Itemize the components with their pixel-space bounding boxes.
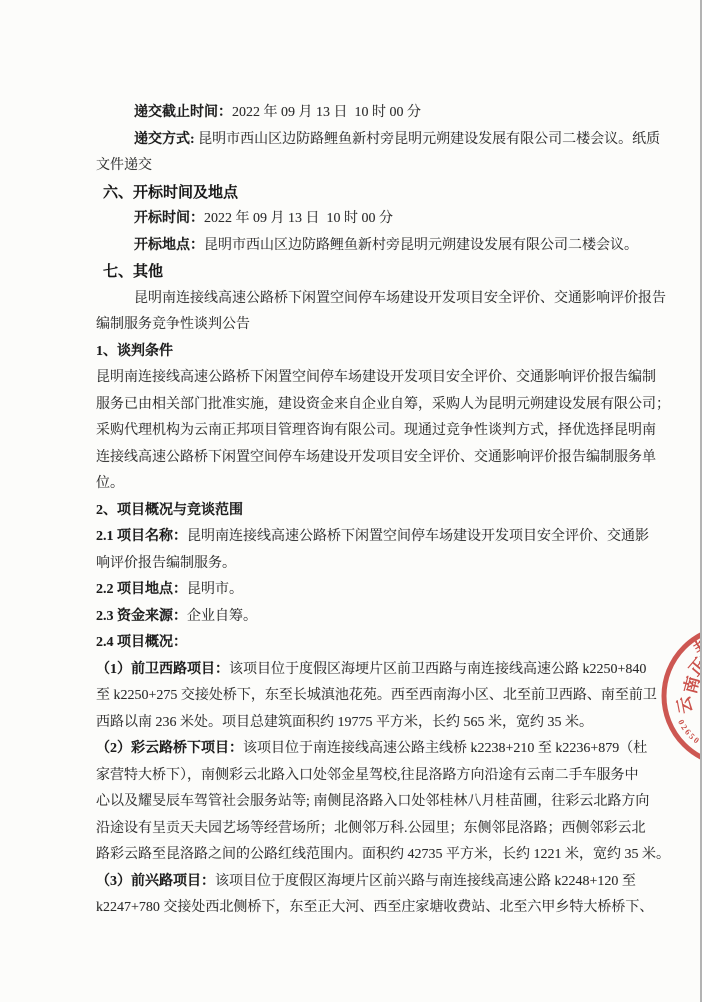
line-text: 企业自筹。 [187,609,257,624]
line-text: 该项目位于度假区海埂片区前卫西路与南连接线高速公路 k2250+840 [229,662,646,677]
line-text: 连接线高速公路桥下闲置空间停车场建设开发项目安全评价、交通影响评价报告编制服务单 [96,450,656,465]
line-text: 2022 年 09 月 13 日 10 时 00 分 [204,211,393,226]
line-text: 响评价报告编制服务。 [96,556,236,571]
line-label: 2.1 项目名称： [96,529,187,544]
text-line: k2247+780 交接处西北侧桥下，东至正大河、西至庄家塘收费站、北至六甲乡特… [96,895,641,922]
line-text: 心以及耀旻辰车驾管社会服务站等; 南侧昆洛路入口处邻桂林八月桂苗圃，往彩云北路方… [96,794,649,809]
text-line: 连接线高速公路桥下闲置空间停车场建设开发项目安全评价、交通影响评价报告编制服务单 [96,445,641,472]
line-text: 家营特大桥下），南侧彩云北路入口处邻金星驾校,往昆洛路方向沿途有云南二手车服务中 [96,768,639,783]
line-text: 昆明南连接线高速公路桥下闲置空间停车场建设开发项目安全评价、交通影响评价报告编制 [96,370,656,385]
text-line: （3）前兴路项目：该项目位于度假区海埂片区前兴路与南连接线高速公路 k2248+… [96,869,641,896]
text-line: 开标时间：2022 年 09 月 13 日 10 时 00 分 [96,206,641,233]
text-line: 西路以南 236 米处。项目总建筑面积约 19775 平方米，长约 565 米，… [96,710,641,737]
text-line: 开标地点：昆明市西山区边防路鲤鱼新村旁昆明元朔建设发展有限公司二楼会议。 [96,233,641,260]
line-text: 昆明市西山区边防路鲤鱼新村旁昆明元朔建设发展有限公司二楼会议。 [204,238,638,253]
line-text: 至 k2250+275 交接处桥下，东至长城滇池花苑。西至西南海小区、北至前卫西… [96,688,657,703]
text-line: 2.3 资金来源：企业自筹。 [96,604,641,631]
line-text: 路彩云路至昆洛路之间的公路红线范围内。面积约 42735 平方米，长约 1221… [96,847,670,862]
text-line: 昆明南连接线高速公路桥下闲置空间停车场建设开发项目安全评价、交通影响评价报告 [96,286,641,313]
line-text: 该项目位于南连接线高速公路主线桥 k2238+210 至 k2236+879（杜 [243,741,647,756]
line-text: 服务已由相关部门批准实施，建设资金来自企业自筹，采购人为昆明元朔建设发展有限公司… [96,397,670,412]
svg-text:02650: 02650 [676,718,701,747]
line-text: 昆明市。 [187,582,243,597]
line-text: 该项目位于度假区海埂片区前兴路与南连接线高速公路 k2248+120 至 [215,874,636,889]
text-line: 2.2 项目地点：昆明市。 [96,577,641,604]
line-label: 2、项目概况与竞谈范围 [96,503,243,518]
text-line: （2）彩云路桥下项目：该项目位于南连接线高速公路主线桥 k2238+210 至 … [96,736,641,763]
line-label: 开标地点： [134,238,204,253]
section-heading: 六、开标时间及地点 [103,180,641,207]
line-text: 西路以南 236 米处。项目总建筑面积约 19775 平方米，长约 565 米，… [96,715,593,730]
line-label: （3）前兴路项目： [96,874,215,889]
text-line: 1、谈判条件 [96,339,641,366]
text-line: 心以及耀旻辰车驾管社会服务站等; 南侧昆洛路入口处邻桂林八月桂苗圃，往彩云北路方… [96,789,641,816]
line-text: 昆明南连接线高速公路桥下闲置空间停车场建设开发项目安全评价、交通影响评价报告 [134,291,666,306]
line-text: 位。 [96,476,124,491]
line-text: k2247+780 交接处西北侧桥下，东至正大河、西至庄家塘收费站、北至六甲乡特… [96,900,653,915]
text-line: 递交方式: 昆明市西山区边防路鲤鱼新村旁昆明元朔建设发展有限公司二楼会议。纸质 [96,127,641,154]
text-line: 采购代理机构为云南正邦项目管理咨询有限公司。现通过竞争性谈判方式，择优选择昆明南 [96,418,641,445]
text-line: 文件递交 [96,153,641,180]
line-text: 文件递交 [96,158,152,173]
line-label: 2.2 项目地点： [96,582,187,597]
line-text: 昆明南连接线高速公路桥下闲置空间停车场建设开发项目安全评价、交通影 [187,529,649,544]
line-text: 2022 年 09 月 13 日 10 时 00 分 [232,105,421,120]
text-line: 位。 [96,471,641,498]
text-line: 2.1 项目名称：昆明南连接线高速公路桥下闲置空间停车场建设开发项目安全评价、交… [96,524,641,551]
line-text: 沿途设有呈贡天夫园艺场等经营场所；北侧邻万科.公园里；东侧邻昆洛路；西侧邻彩云北 [96,821,646,836]
line-text: 编制服务竞争性谈判公告 [96,317,250,332]
line-label: 2.3 资金来源： [96,609,187,624]
text-line: 昆明南连接线高速公路桥下闲置空间停车场建设开发项目安全评价、交通影响评价报告编制 [96,365,641,392]
line-label: （2）彩云路桥下项目： [96,741,243,756]
line-text: 采购代理机构为云南正邦项目管理咨询有限公司。现通过竞争性谈判方式，择优选择昆明南 [96,423,656,438]
line-text: 七、其他 [103,264,163,280]
text-line: 递交截止时间：2022 年 09 月 13 日 10 时 00 分 [96,100,641,127]
line-label: 开标时间： [134,211,204,226]
line-label: 2.4 项目概况： [96,635,187,650]
text-line: 至 k2250+275 交接处桥下，东至长城滇池花苑。西至西南海小区、北至前卫西… [96,683,641,710]
text-line: 服务已由相关部门批准实施，建设资金来自企业自筹，采购人为昆明元朔建设发展有限公司… [96,392,641,419]
text-line: 沿途设有呈贡天夫园艺场等经营场所；北侧邻万科.公园里；东侧邻昆洛路；西侧邻彩云北 [96,816,641,843]
seal-ring-icon [664,627,701,765]
seal-graphic: 云 南 正 邦 02650 [653,618,701,783]
text-line: 2、项目概况与竞谈范围 [96,498,641,525]
section-heading: 七、其他 [103,259,641,286]
seal-character: 正 [685,654,701,679]
document-page: 递交截止时间：2022 年 09 月 13 日 10 时 00 分递交方式: 昆… [0,0,718,1002]
seal-serial-number: 02650 [676,718,701,747]
scan-background-strip [702,0,718,1002]
text-line: 家营特大桥下），南侧彩云北路入口处邻金星驾校,往昆洛路方向沿途有云南二手车服务中 [96,763,641,790]
line-label: 1、谈判条件 [96,344,173,359]
seal-character: 云 [674,695,696,715]
text-line: （1）前卫西路项目：该项目位于度假区海埂片区前卫西路与南连接线高速公路 k225… [96,657,641,684]
text-line: 编制服务竞争性谈判公告 [96,312,641,339]
red-seal-stamp: 云 南 正 邦 02650 [653,618,701,783]
seal-character: 南 [680,674,701,696]
text-line: 响评价报告编制服务。 [96,551,641,578]
line-label: （1）前卫西路项目： [96,662,229,677]
text-line: 2.4 项目概况： [96,630,641,657]
document-body: 递交截止时间：2022 年 09 月 13 日 10 时 00 分递交方式: 昆… [96,100,641,922]
line-text: 六、开标时间及地点 [103,185,238,201]
line-label: 递交方式: [134,132,195,147]
line-label: 递交截止时间： [134,105,232,120]
line-text: 昆明市西山区边防路鲤鱼新村旁昆明元朔建设发展有限公司二楼会议。纸质 [195,132,661,147]
text-line: 路彩云路至昆洛路之间的公路红线范围内。面积约 42735 平方米，长约 1221… [96,842,641,869]
